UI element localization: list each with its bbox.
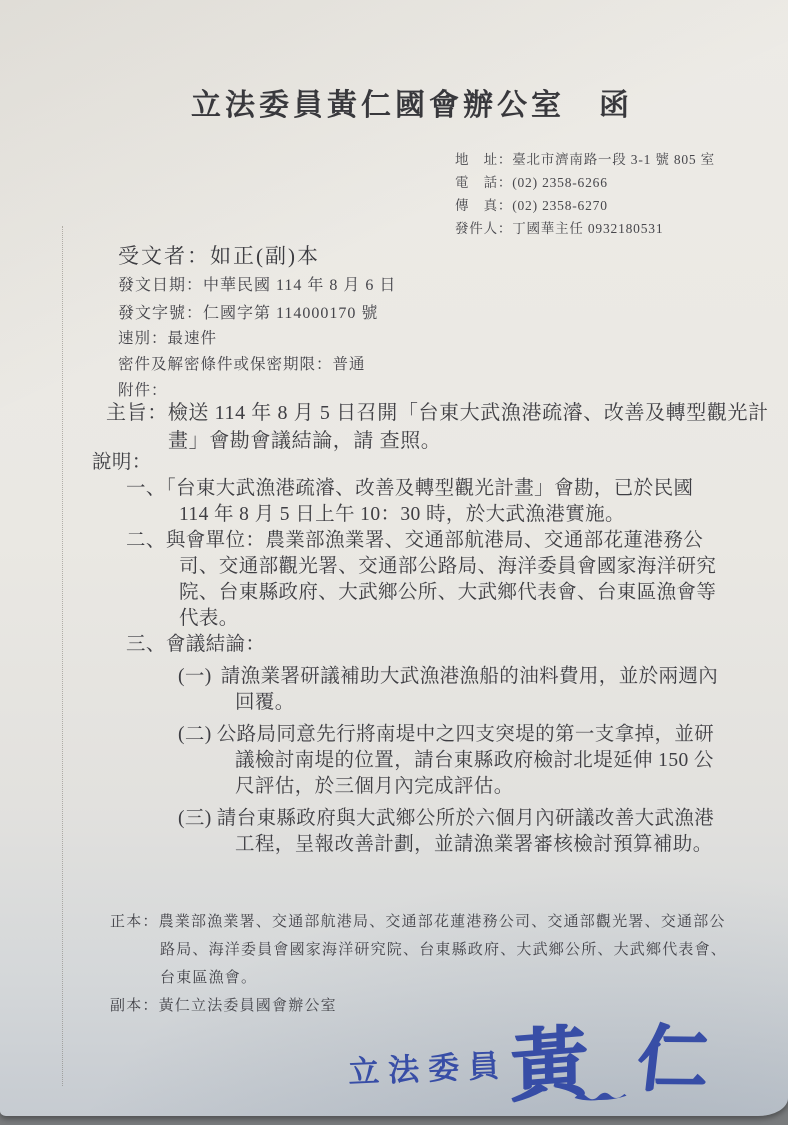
signature-flourish-icon [571, 1087, 630, 1104]
subject-paragraph: 主旨：檢送 114 年 8 月 5 日召開「台東大武漁港疏濬、改善及轉型觀光計畫… [106, 399, 788, 455]
item-text: 公路局同意先行將南堤中之四支突堤的第一支拿掉，並研議檢討南堤的位置，請台東縣政府… [217, 724, 715, 797]
item-text: 會議結論： [166, 634, 266, 655]
paper-crease [62, 226, 63, 1086]
item-text: 請台東縣政府與大武鄉公所於六個月內研議改善大武漁港工程，呈報改善計劃，並請漁業署… [217, 808, 715, 855]
item-number: (三) [178, 808, 212, 829]
contact-fax-line: 傳 真：(02) 2358-6270 [455, 194, 715, 217]
explanation-item-3: 三、會議結論： [126, 632, 728, 658]
item-text: 與會單位：農業部漁業署、交通部航港局、交通部花蓮港務公司、交通部觀光署、交通部公… [166, 530, 717, 629]
legislator-stamp: 立法委員 黃 仁 [330, 996, 774, 1125]
contact-address-line: 地 址：臺北市濟南路一段 3-1 號 805 室 [455, 148, 715, 171]
copy-text: 黃仁立法委員國會辦公室 [159, 998, 337, 1014]
contact-block: 地 址：臺北市濟南路一段 3-1 號 805 室 電 話：(02) 2358-6… [455, 148, 715, 240]
priority-line: 速別：最速件 [118, 326, 217, 348]
item-number: 二、 [126, 530, 166, 551]
explanation-item-1: 一、「台東大武漁港疏濬、改善及轉型觀光計畫」會勘，已於民國 114 年 8 月 … [126, 476, 728, 528]
copy-label: 正本： [110, 914, 159, 930]
explanation-label: 說明： [92, 450, 728, 476]
subject-text: 檢送 114 年 8 月 5 日召開「台東大武漁港疏濬、改善及轉型觀光計畫」會勘… [168, 402, 769, 452]
stamp-name-char-ren: 仁 [632, 1000, 715, 1105]
contact-phone-line: 電 話：(02) 2358-6266 [455, 171, 715, 194]
item-text: 「台東大武漁港疏濬、改善及轉型觀光計畫」會勘，已於民國 114 年 8 月 5 … [166, 478, 694, 525]
stamp-title-text: 立法委員 [347, 1040, 509, 1092]
item-number: 三、 [126, 634, 166, 655]
conclusion-item-2: (二)公路局同意先行將南堤中之四支突堤的第一支拿掉，並研議檢討南堤的位置，請台東… [178, 722, 728, 800]
copy-text: 農業部漁業署、交通部航港局、交通部花蓮港務公司、交通部觀光署、交通部公路局、海洋… [159, 914, 727, 986]
subject-label: 主旨： [106, 402, 168, 424]
conclusion-item-3: (三)請台東縣政府與大武鄉公所於六個月內研議改善大武漁港工程，呈報改善計劃，並請… [178, 806, 728, 858]
letter-title: 立法委員黃仁國會辦公室 函 [18, 80, 788, 124]
item-number: (二) [178, 724, 212, 745]
original-copy-line: 正本：農業部漁業署、交通部航港局、交通部花蓮港務公司、交通部觀光署、交通部公路局… [110, 908, 728, 992]
attachment-line: 附件： [118, 378, 168, 400]
classification-line: 密件及解密條件或保密期限：普通 [118, 352, 366, 374]
explanation-section: 說明： 一、「台東大武漁港疏濬、改善及轉型觀光計畫」會勘，已於民國 114 年 … [92, 450, 728, 858]
contact-sender-line: 發件人：丁國華主任 0932180531 [455, 217, 715, 240]
conclusion-item-1: (一)請漁業署研議補助大武漁港漁船的油料費用，並於兩週內回覆。 [178, 664, 728, 716]
issue-date-line: 發文日期：中華民國 114 年 8 月 6 日 [118, 272, 396, 295]
item-text: 請漁業署研議補助大武漁港漁船的油料費用，並於兩週內回覆。 [221, 666, 719, 713]
item-number: 一、 [126, 478, 166, 499]
explanation-item-2: 二、與會單位：農業部漁業署、交通部航港局、交通部花蓮港務公司、交通部觀光署、交通… [126, 528, 728, 632]
document-page: 立法委員黃仁國會辦公室 函 地 址：臺北市濟南路一段 3-1 號 805 室 電… [0, 0, 788, 1116]
copy-label: 副本： [110, 998, 159, 1014]
item-number: (一) [178, 666, 212, 687]
reference-number-line: 發文字號：仁國字第 114000170 號 [118, 300, 378, 323]
recipient-line: 受文者：如正(副)本 [118, 240, 320, 270]
